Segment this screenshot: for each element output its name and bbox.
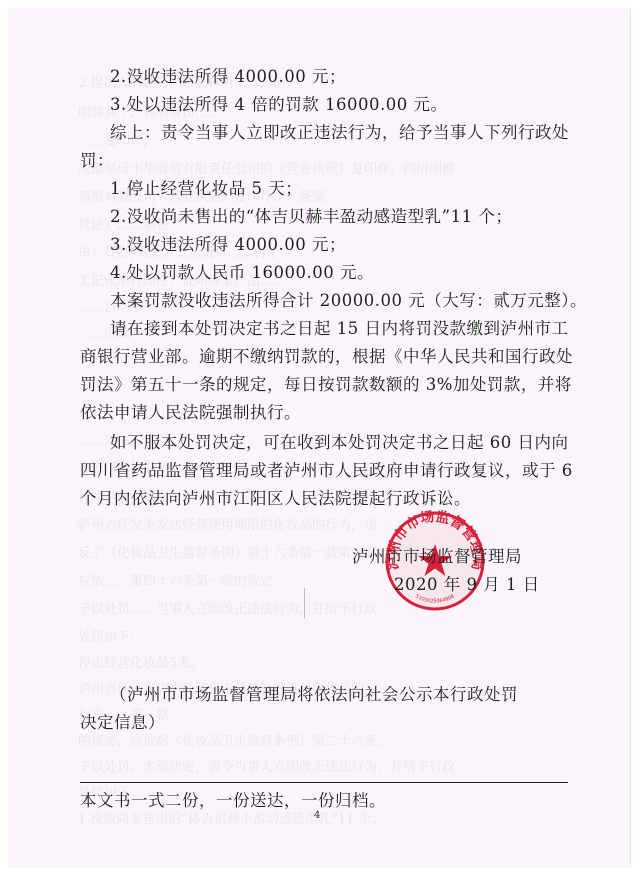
bleed-through-text: 予以处罚。本局决定，责令当事人立即改正违法行为，并给予行政	[78, 754, 598, 781]
penalty-item-fine: 3.处以违法所得 4 倍的罚款 16000.00 元。	[110, 94, 447, 116]
bleed-through-text: 予以处罚……当事人立即改正违法行为，并给予行政	[78, 596, 598, 623]
footer-divider	[80, 782, 568, 783]
payment-instructions-cont: 罚法》第五十一条的规定，每日按罚款数额的 3%加处罚款，并将	[80, 374, 572, 396]
issuing-authority: 泸州市市场监督管理局	[352, 546, 522, 568]
appeal-paragraph: 如不服本处罚决定，可在收到本处罚决定书之日起 60 日内向	[110, 432, 569, 454]
appeal-paragraph-cont: 四川省药品监督管理局或者泸州市人民政府申请行政复议，或于 6	[80, 460, 573, 482]
decision-item-4: 4.处以罚款人民币 16000.00 元。	[110, 262, 374, 284]
decision-item-2: 2.没收尚未售出的“体吉贝赫丰盈动感造型乳”11 个；	[110, 206, 512, 228]
publicity-note: （泸州市市场监督管理局将依法向社会公示本行政处罚	[110, 684, 518, 706]
bleed-through-text: 停止经营化妆品5天。	[78, 650, 598, 677]
summary-paragraph: 综上：责令当事人立即改正违法行为，给予当事人下列行政处	[110, 122, 569, 144]
copies-note: 本文书一式二份，一份送达，一份归档。	[80, 790, 386, 812]
publicity-note-cont: 决定信息）	[80, 712, 165, 734]
penalty-item-confiscate-income: 2.没收违法所得 4000.00 元；	[110, 66, 346, 88]
page-number: 4	[314, 810, 320, 821]
payment-instructions-cont: 商银行营业部。逾期不缴纳罚款的，根据《中华人民共和国行政处	[80, 346, 573, 368]
bleed-through-text: 处罚如下：	[78, 624, 598, 651]
summary-paragraph-cont: 罚：	[80, 150, 114, 172]
payment-instructions: 请在接到本处罚决定书之日起 15 日内将罚没款缴到泸州市工	[110, 318, 569, 340]
bleed-through-text: 泸州吉任发美发店经营使用期限的化妆品的行为，违	[78, 512, 598, 539]
payment-instructions-cont: 依法申请人民法院强制执行。	[80, 402, 301, 424]
decision-item-3: 3.没收违法所得 4000.00 元；	[110, 234, 346, 256]
total-amount: 本案罚款没收违法所得合计 20000.00 元（大写：贰万元整）。	[110, 290, 587, 312]
issue-date: 2020 年 9 月 1 日	[394, 574, 540, 596]
decision-item-1: 1.停止经营化妆品 5 天；	[110, 178, 302, 200]
paper-crease	[304, 588, 305, 618]
appeal-paragraph-cont: 个月内依法向泸州市江阳区人民法院提起行政诉讼。	[80, 488, 471, 510]
